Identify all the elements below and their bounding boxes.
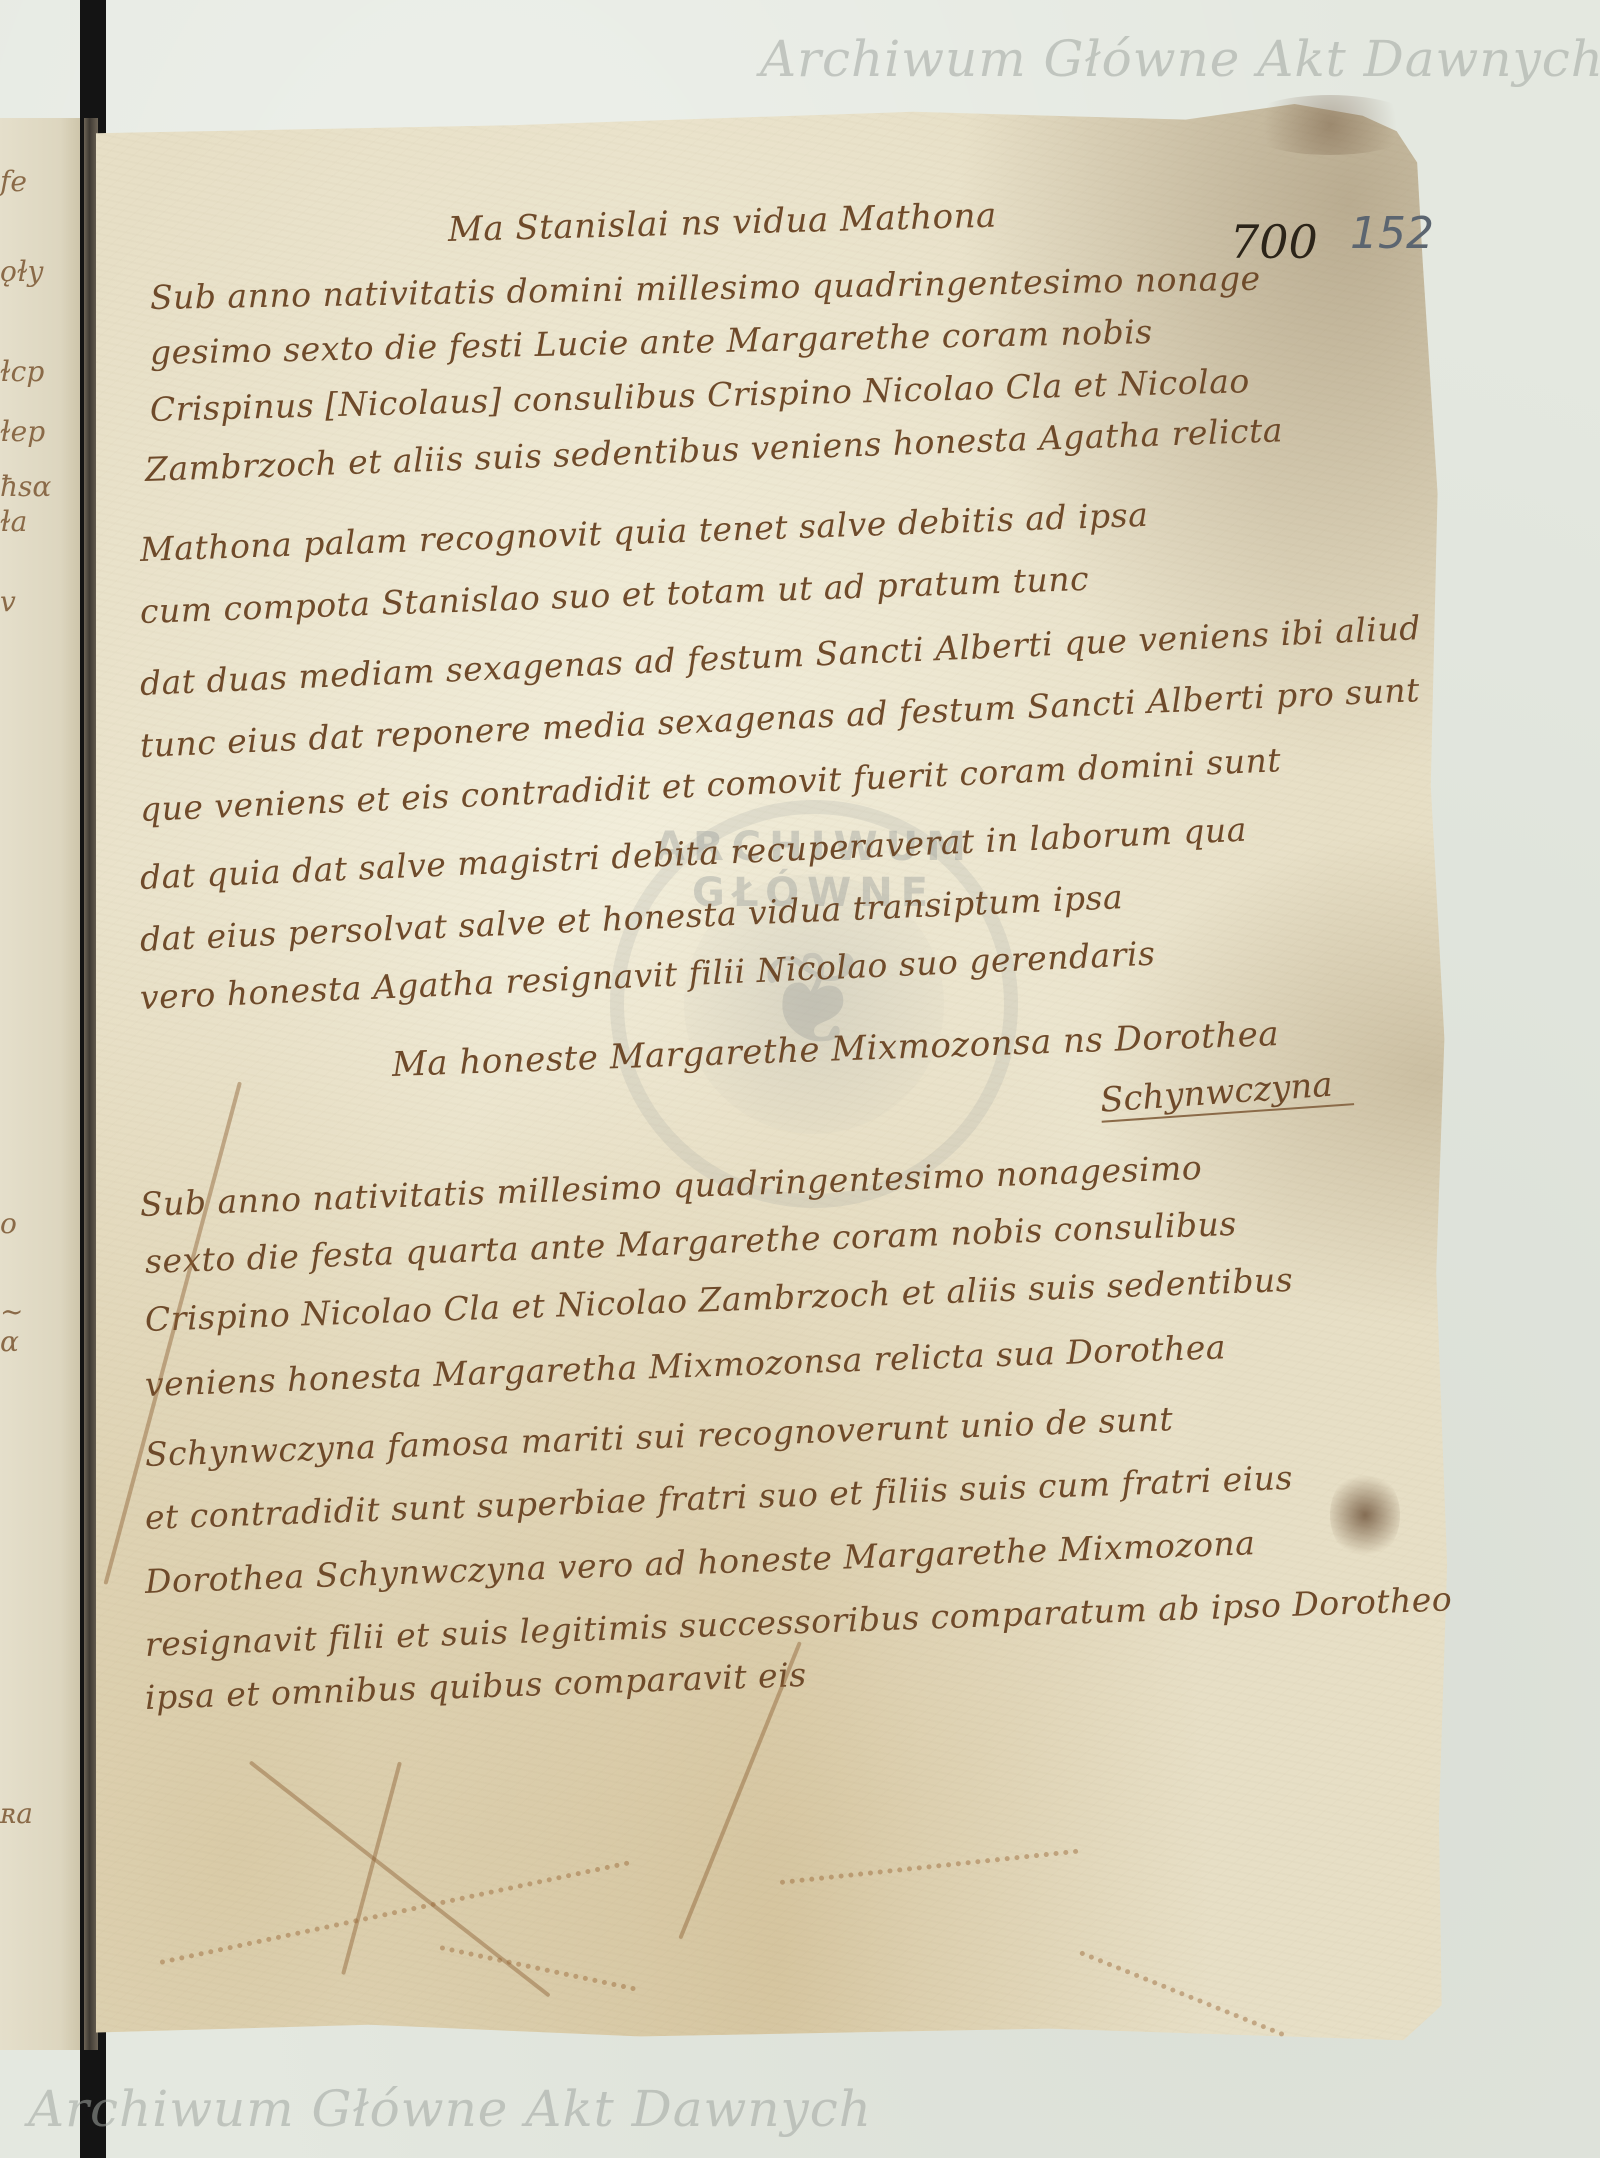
margin-fragment: ~ <box>0 1298 86 1326</box>
previous-page-edge: ƒe ǫɫy ɫcp ɫep ħsɑ ɫa v o ~ ɑ ʀa <box>0 118 86 2050</box>
margin-fragment: ɫep <box>0 418 86 446</box>
folio-number-new: 152 <box>1350 208 1434 259</box>
margin-fragment: ħsɑ <box>0 473 86 501</box>
margin-fragment: ƒe <box>0 168 86 196</box>
edge-stain <box>1240 95 1420 155</box>
margin-fragment: v <box>0 588 86 616</box>
archive-watermark-bottom: Archiwum Główne Akt Dawnych <box>28 2080 872 2138</box>
margin-fragment: ǫɫy <box>0 258 86 286</box>
page-gutter <box>84 118 98 2050</box>
archive-watermark-top: Archiwum Główne Akt Dawnych <box>760 30 1600 88</box>
margin-fragment: ɫa <box>0 508 86 536</box>
margin-fragment: ɫcp <box>0 358 86 386</box>
margin-fragment: ʀa <box>0 1800 86 1828</box>
margin-fragment: o <box>0 1210 86 1238</box>
ink-stain <box>1330 1470 1400 1560</box>
margin-fragment: ɑ <box>0 1328 86 1356</box>
